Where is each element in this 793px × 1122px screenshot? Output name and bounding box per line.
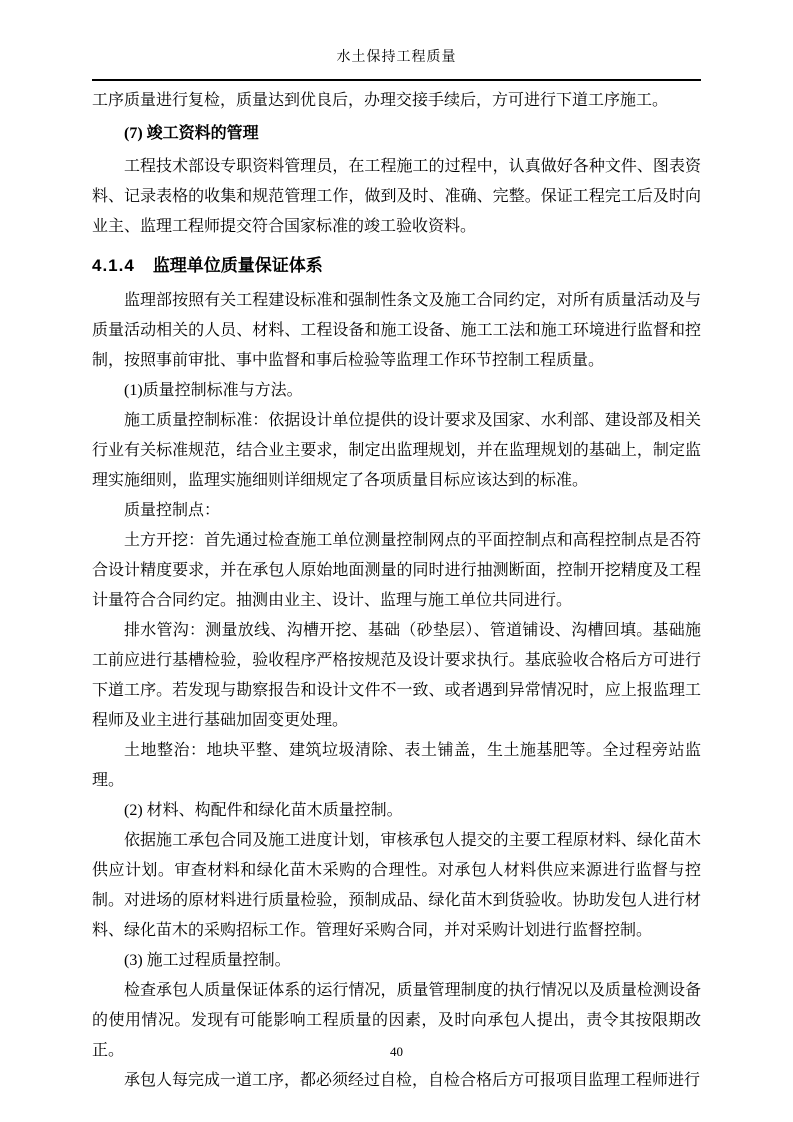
paragraph: 工程技术部设专职资料管理员，在工程施工的过程中，认真做好各种文件、图表资料、记录… — [92, 152, 701, 242]
section-title: 监理单位质量保证体系 — [153, 256, 323, 275]
paragraph: 施工质量控制标准：依据设计单位提供的设计要求及国家、水利部、建设部及相关行业有关… — [92, 406, 701, 496]
paragraph: 承包人每完成一道工序，都必须经过自检，自检合格后方可报项目监理工程师进行 — [92, 1066, 701, 1096]
paragraph: 排水管沟：测量放线、沟槽开挖、基础（砂垫层）、管道铺设、沟槽回填。基础施工前应进… — [92, 616, 701, 736]
paragraph: 工序质量进行复检，质量达到优良后，办理交接手续后，方可进行下道工序施工。 — [92, 86, 701, 116]
document-page: 水土保持工程质量 工序质量进行复检，质量达到优良后，办理交接手续后，方可进行下道… — [0, 0, 793, 1122]
document-body: 工序质量进行复检，质量达到优良后，办理交接手续后，方可进行下道工序施工。 (7)… — [92, 86, 701, 1096]
page-number: 40 — [390, 1044, 403, 1059]
paragraph: 土地整治：地块平整、建筑垃圾清除、表土铺盖，生土施基肥等。全过程旁站监理。 — [92, 736, 701, 796]
paragraph: 质量控制点： — [92, 496, 701, 526]
paragraph: (1)质量控制标准与方法。 — [92, 376, 701, 406]
paragraph: 监理部按照有关工程建设标准和强制性条文及施工合同约定，对所有质量活动及与质量活动… — [92, 286, 701, 376]
paragraph: (3) 施工过程质量控制。 — [92, 946, 701, 976]
section-heading: 4.1.4监理单位质量保证体系 — [92, 251, 701, 281]
page-header: 水土保持工程质量 — [92, 48, 701, 68]
header-rule — [92, 79, 701, 81]
paragraph: (2) 材料、构配件和绿化苗木质量控制。 — [92, 796, 701, 826]
sub-heading: (7) 竣工资料的管理 — [92, 119, 701, 149]
header-title: 水土保持工程质量 — [337, 50, 457, 65]
paragraph: 土方开挖：首先通过检查施工单位测量控制网点的平面控制点和高程控制点是否符合设计精… — [92, 526, 701, 616]
paragraph: 依据施工承包合同及施工进度计划，审核承包人提交的主要工程原材料、绿化苗木供应计划… — [92, 826, 701, 946]
section-number: 4.1.4 — [92, 256, 135, 275]
page-footer: 40 — [92, 1043, 701, 1061]
